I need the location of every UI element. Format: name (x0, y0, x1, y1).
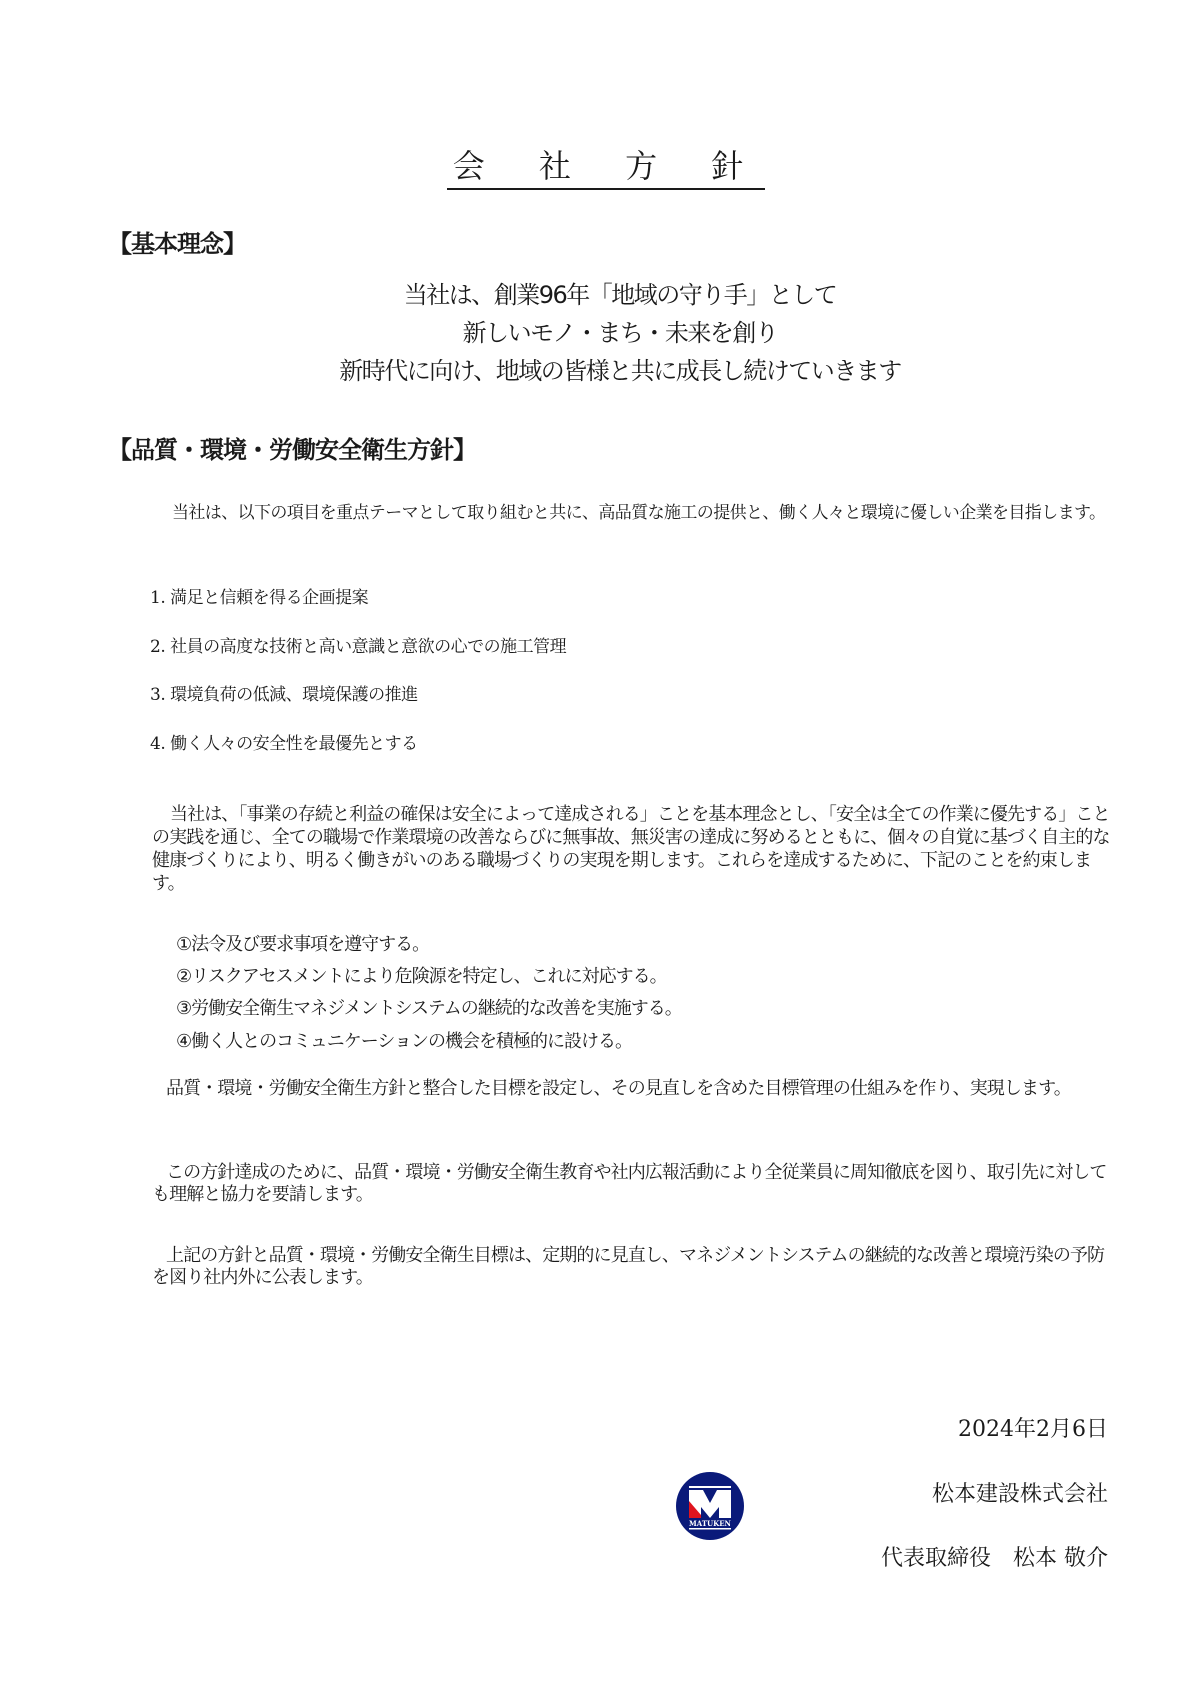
heading-philosophy: 【基本理念】 (108, 224, 246, 259)
philosophy-line-2: 新しいモノ・まち・未来を創り (280, 314, 960, 352)
theme-item-3: 3. 環境負荷の低減、環境保護の推進 (150, 680, 418, 705)
paragraph-objectives: 品質・環境・労働安全衛生方針と整合した目標を設定し、その見直しを含めた目標管理の… (152, 1078, 1112, 1100)
representative-name: 代表取締役 松本 敬介 (881, 1541, 1108, 1572)
commitment-item-1: ①法令及び要求事項を遵守する。 (176, 930, 429, 956)
company-name: 松本建設株式会社 (932, 1477, 1108, 1508)
signature-date: 2024年2月6日 (958, 1412, 1108, 1443)
theme-item-1: 1. 満足と信頼を得る企画提案 (150, 583, 368, 608)
policy-intro: 当社は、以下の項目を重点テーマとして取り組むと共に、高品質な施工の提供と、働く人… (152, 503, 1112, 523)
logo-text: MATUKEN (689, 1519, 732, 1528)
commitment-item-4: ④働く人とのコミュニケーションの機会を積極的に設ける。 (176, 1027, 632, 1053)
commitment-item-3: ③労働安全衛生マネジメントシステムの継続的な改善を実施する。 (176, 994, 682, 1020)
page-title-text: 会 社 方 針 (447, 146, 766, 190)
safety-statement: 当社は、「事業の存続と利益の確保は安全によって達成される」ことを基本理念とし、「… (152, 803, 1112, 895)
paragraph-awareness: この方針達成のために、品質・環境・労働安全衛生教育や社内広報活動により全従業員に… (152, 1162, 1112, 1206)
paragraph-review: 上記の方針と品質・環境・労働安全衛生目標は、定期的に見直し、マネジメントシステム… (152, 1245, 1112, 1289)
page-title: 会 社 方 針 (0, 146, 1192, 190)
theme-item-4: 4. 働く人々の安全性を最優先とする (150, 729, 418, 754)
theme-item-2: 2. 社員の高度な技術と高い意識と意欲の心での施工管理 (150, 632, 566, 657)
philosophy-line-3: 新時代に向け、地域の皆様と共に成長し続けていきます (280, 352, 960, 390)
company-logo-icon: MATUKEN (675, 1471, 745, 1541)
commitment-item-2: ②リスクアセスメントにより危険源を特定し、これに対応する。 (176, 962, 667, 988)
philosophy-line-1: 当社は、創業96年「地域の守り手」として (280, 276, 960, 314)
heading-policy: 【品質・環境・労働安全衛生方針】 (108, 430, 476, 465)
